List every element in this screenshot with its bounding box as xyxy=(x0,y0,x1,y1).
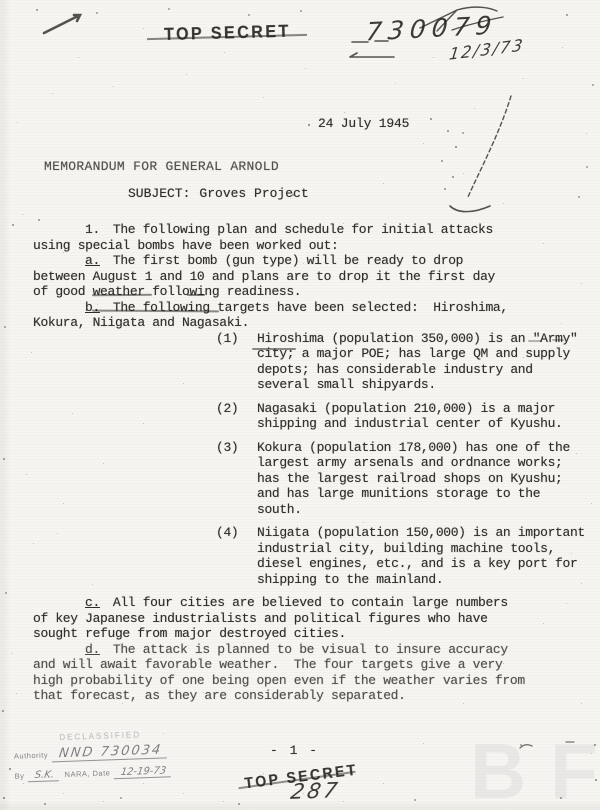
watermark-letter-f: F xyxy=(550,726,598,810)
target-list: (1) Hiroshima (population 350,000) is an… xyxy=(216,331,585,588)
declass-nara-label: NARA, Date xyxy=(64,768,110,779)
target-item-number: (4) xyxy=(216,525,244,587)
target-item-nagasaki: (2) Nagasaki (population 210,000) is a m… xyxy=(216,401,585,432)
target-item-kokura: (3) Kokura (population 178,000) has one … xyxy=(216,440,585,518)
declass-authority-label: Authority xyxy=(14,751,48,761)
paragraph-b-letter: b. xyxy=(85,300,100,315)
pen-underline-10 xyxy=(187,294,205,296)
page-number: - 1 - xyxy=(270,743,319,758)
paragraph-c: c.All four cities are believed to contai… xyxy=(33,595,585,642)
subject-value: Groves Project xyxy=(199,186,308,201)
paragraph-1: 1.The following plan and schedule for in… xyxy=(33,222,585,253)
target-item-text: Niigata (population 150,000) is an impor… xyxy=(257,525,585,587)
pen-dash-after-nagasaki xyxy=(252,348,296,350)
target-item-number: (3) xyxy=(216,440,244,518)
document-page: TOP SECRET 730079 12/3/73 24 July 1945 M… xyxy=(0,0,600,810)
declass-by-label: By xyxy=(15,771,25,780)
paragraph-b-text: The following targets have been selected… xyxy=(33,300,508,331)
target-item-text: Kokura (population 178,000) has one of t… xyxy=(257,440,585,518)
target-item-text: Nagasaki (population 210,000) is a major… xyxy=(257,401,563,432)
paragraph-a: a.The first bomb (gun type) will be read… xyxy=(33,253,585,300)
watermark-letter-b: B xyxy=(470,726,526,810)
handwritten-copy-number: 287 xyxy=(289,778,342,804)
declassification-stamp: DECLASSIFIED Authority NND 730034 By S.K… xyxy=(13,727,230,783)
date-line: 24 July 1945 xyxy=(318,116,409,131)
paragraph-a-letter: a. xyxy=(85,253,100,268)
paragraph-a-text: The first bomb (gun type) will be ready … xyxy=(33,253,495,299)
pen-dash-right-margin xyxy=(528,340,542,342)
paper-speckle-layer-dark xyxy=(0,0,2,2)
declass-by-value: S.K. xyxy=(28,769,61,782)
paragraph-c-letter: c. xyxy=(85,595,100,610)
paragraph-1-text: The following plan and schedule for init… xyxy=(33,222,493,253)
target-item-number: (2) xyxy=(216,401,244,432)
subject-line: SUBJECT:Groves Project xyxy=(128,186,309,201)
paragraph-1-number: 1. xyxy=(85,222,100,237)
pen-dash-right-margin xyxy=(552,339,564,341)
subject-label: SUBJECT: xyxy=(128,186,190,201)
paragraph-d: d.The attack is planned to be visual to … xyxy=(33,642,585,704)
paragraph-c-text: All four cities are believed to contain … xyxy=(33,595,508,641)
declass-nara-date: 12-19-73 xyxy=(114,765,173,779)
declass-authority-value: NND 730034 xyxy=(51,742,168,762)
paragraph-d-text: The attack is planned to be visual to in… xyxy=(33,642,525,704)
paragraph-b: b.The following targets have been select… xyxy=(33,300,585,331)
paragraph-d-letter: d. xyxy=(85,642,100,657)
memo-addressee-line: MEMORANDUM FOR GENERAL ARNOLD xyxy=(44,159,279,174)
target-item-niigata: (4) Niigata (population 150,000) is an i… xyxy=(216,525,585,587)
target-item-number: (1) xyxy=(216,331,244,393)
